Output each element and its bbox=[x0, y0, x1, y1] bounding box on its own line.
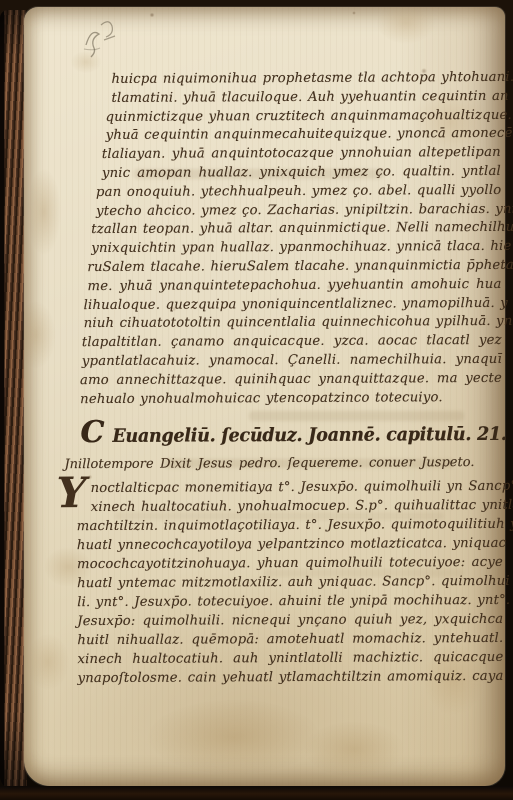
manuscript-line: noctlalticpac monemitiaya t°. Jesuxp̄o. … bbox=[91, 477, 503, 498]
manuscript-line: tlaliayan. yhuā anquintotocazque ynnohui… bbox=[102, 144, 501, 165]
manuscript-line: huatl yntemac mitzmotlaxiliz. auh yniqua… bbox=[77, 572, 503, 593]
manuscript-line: huitl nihuallaz. quēmopā: amotehuatl mom… bbox=[77, 629, 503, 650]
manuscript-line: tzallan teopan. yhuā altar. anquinmictiq… bbox=[91, 219, 501, 240]
manuscript-line: amo annechittazque. quinihquac ynanquitt… bbox=[80, 370, 502, 391]
manuscript-page: huicpa niquimonihua prophetasme tla acht… bbox=[24, 7, 505, 786]
text-column: huicpa niquimonihua prophetasme tla acht… bbox=[78, 69, 503, 689]
manuscript-line: ruSalem tlacahe. hieruSalem tlacahe. yna… bbox=[87, 257, 501, 278]
manuscript-line: machtiltzin. inquimotlaçotiliaya. t°. Je… bbox=[77, 515, 503, 536]
chapter-heading-text: Euangeliū. ſecūduz. Joannē. capitulū. 21… bbox=[112, 424, 506, 447]
manuscript-line: ynixquichtin ypan huallaz. ypanmochihuaz… bbox=[91, 238, 501, 259]
manuscript-line: pan onoquiuh. ytechhualpeuh. ymez ço. ab… bbox=[96, 182, 501, 203]
background-table-edge bbox=[0, 786, 513, 800]
manuscript-line: xinech hualtocatiuh. ynohualmocuep. S.p°… bbox=[91, 496, 503, 517]
manuscript-line: ypantlatlacahuiz. ynamocal. Çanelli. nam… bbox=[82, 351, 502, 372]
manuscript-line: niuh cihuatototoltin quincentlalia quinn… bbox=[84, 313, 502, 334]
latin-incipit-line: Jnillotempore Dixit Jesus pedro. ſequere… bbox=[64, 453, 502, 475]
chapter-heading: C Euangeliū. ſecūduz. Joannē. capitulū. … bbox=[80, 411, 502, 455]
manuscript-line: Jesuxp̄o: quimolhuili. nicnequi ynçano q… bbox=[77, 610, 503, 631]
manuscript-photo: huicpa niquimonihua prophetasme tla acht… bbox=[0, 0, 513, 800]
manuscript-line: xinech hualtocatiuh. auh ynintlatolli ma… bbox=[77, 648, 503, 669]
manuscript-line: huicpa niquimonihua prophetasme tla acht… bbox=[111, 69, 500, 90]
manuscript-line: huatl ynnecochcayotiloya yelpantzinco mo… bbox=[77, 534, 503, 555]
paragraph-john-nahuatl: Y noctlalticpac monemitiaya t°. Jesuxp̄o… bbox=[81, 477, 504, 688]
manuscript-line: tlapaltitlan. çanamo anquicacque. yzca. … bbox=[82, 332, 502, 353]
manuscript-line: nehualo ynohualmohuicac ytencopatzinco t… bbox=[80, 388, 502, 409]
manuscript-line: li. ynt°. Jesuxp̄o. totecuiyoe. ahuini t… bbox=[77, 591, 503, 612]
book-spine-page-edges bbox=[0, 10, 27, 790]
manuscript-line: ynapoſtolosme. cain yehuatl ytlamachtilt… bbox=[78, 667, 504, 688]
drop-cap-initial: Y bbox=[56, 472, 86, 514]
manuscript-line: yhuā cequintin anquinmecahuitequizque. y… bbox=[106, 125, 501, 146]
manuscript-line: me. yhuā ynanquintetepachohua. yyehuanti… bbox=[87, 276, 501, 297]
paragraph-matthew-nahuatl: huicpa niquimonihua prophetasme tla acht… bbox=[78, 69, 502, 410]
manuscript-line: quinmictizque yhuan cruztitech anquinmam… bbox=[106, 106, 501, 127]
manuscript-line: ytecho ahcico. ymez ço. Zacharias. ynipi… bbox=[96, 200, 501, 221]
manuscript-line: lihualoque. quezquipa ynoniquincentlaliz… bbox=[84, 294, 502, 315]
manuscript-line: tlamatini. yhuā tlacuiloque. Auh yyehuan… bbox=[111, 88, 500, 109]
manuscript-line: ynic amopan huallaz. ynixquich ymez ço. … bbox=[102, 163, 501, 184]
faint-ink-scribble bbox=[76, 13, 124, 59]
manuscript-line: mocochcayotitzinohuaya. yhuan quimolhuil… bbox=[77, 553, 503, 574]
capitulum-mark: C bbox=[80, 413, 104, 453]
